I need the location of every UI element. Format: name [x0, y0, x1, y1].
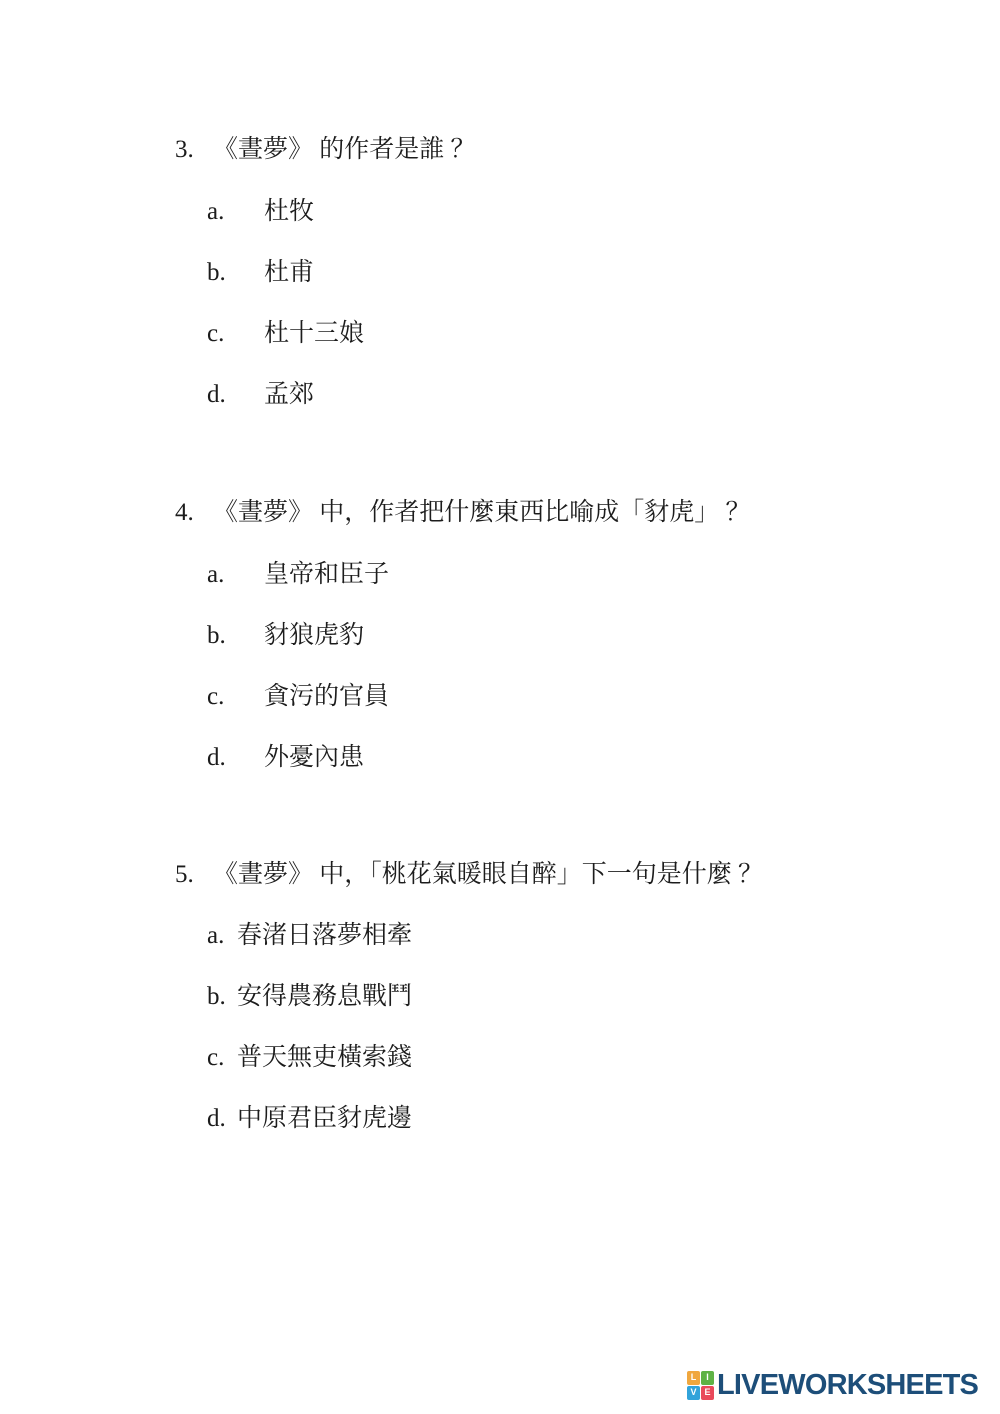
question-4-option-d[interactable]: d.外憂內患	[182, 717, 364, 798]
option-label: d.	[207, 381, 264, 408]
logo-square-l: L	[687, 1371, 700, 1385]
option-label: d.	[207, 1105, 237, 1132]
question-3-option-d[interactable]: d.孟郊	[182, 354, 314, 435]
worksheet-page: 3.《晝夢》 的作者是誰 ？ a.杜牧 b.杜甫 c.杜十三娘 d.孟郊 4.《…	[0, 0, 1000, 1414]
liveworksheets-wordmark: LIVEWORKSHEETS	[717, 1369, 978, 1402]
option-label: a.	[207, 922, 237, 949]
option-label: a.	[207, 198, 264, 225]
question-4-text: 《晝夢》 中，作者把什麼東西比喻成「豺虎」 ？	[213, 499, 751, 526]
question-5-option-d[interactable]: d.中原君臣豺虎邊	[182, 1078, 412, 1159]
question-5-text: 《晝夢》 中，「桃花氣暖眼自醉」下一句是什麼 ？	[213, 861, 763, 888]
logo-square-e: E	[701, 1386, 714, 1400]
option-text: 普天無吏橫索錢	[237, 1044, 412, 1071]
option-text: 皇帝和臣子	[264, 561, 389, 588]
option-text: 春渚日落夢相牽	[237, 922, 412, 949]
question-4-number: 4.	[175, 499, 213, 526]
logo-square-i: I	[701, 1371, 714, 1385]
question-3-text: 《晝夢》 的作者是誰 ？	[213, 136, 476, 163]
option-text: 杜牧	[264, 198, 314, 225]
logo-square-v: V	[687, 1386, 700, 1400]
option-text: 杜十三娘	[264, 320, 364, 347]
option-label: b.	[207, 622, 264, 649]
option-text: 貪污的官員	[264, 683, 389, 710]
option-label: c.	[207, 1044, 237, 1071]
question-5-number: 5.	[175, 861, 213, 888]
liveworksheets-logo[interactable]: L I V E LIVEWORKSHEETS	[687, 1369, 978, 1401]
option-text: 中原君臣豺虎邊	[237, 1105, 412, 1132]
question-3-number: 3.	[175, 136, 213, 163]
option-label: c.	[207, 683, 264, 710]
option-text: 豺狼虎豹	[264, 622, 364, 649]
option-label: a.	[207, 561, 264, 588]
option-label: b.	[207, 259, 264, 286]
option-text: 安得農務息戰鬥	[237, 983, 412, 1010]
option-text: 杜甫	[264, 259, 314, 286]
option-label: b.	[207, 983, 237, 1010]
option-text: 外憂內患	[264, 744, 364, 771]
option-label: d.	[207, 744, 264, 771]
liveworksheets-grid-icon: L I V E	[687, 1371, 714, 1400]
option-text: 孟郊	[264, 381, 314, 408]
option-label: c.	[207, 320, 264, 347]
